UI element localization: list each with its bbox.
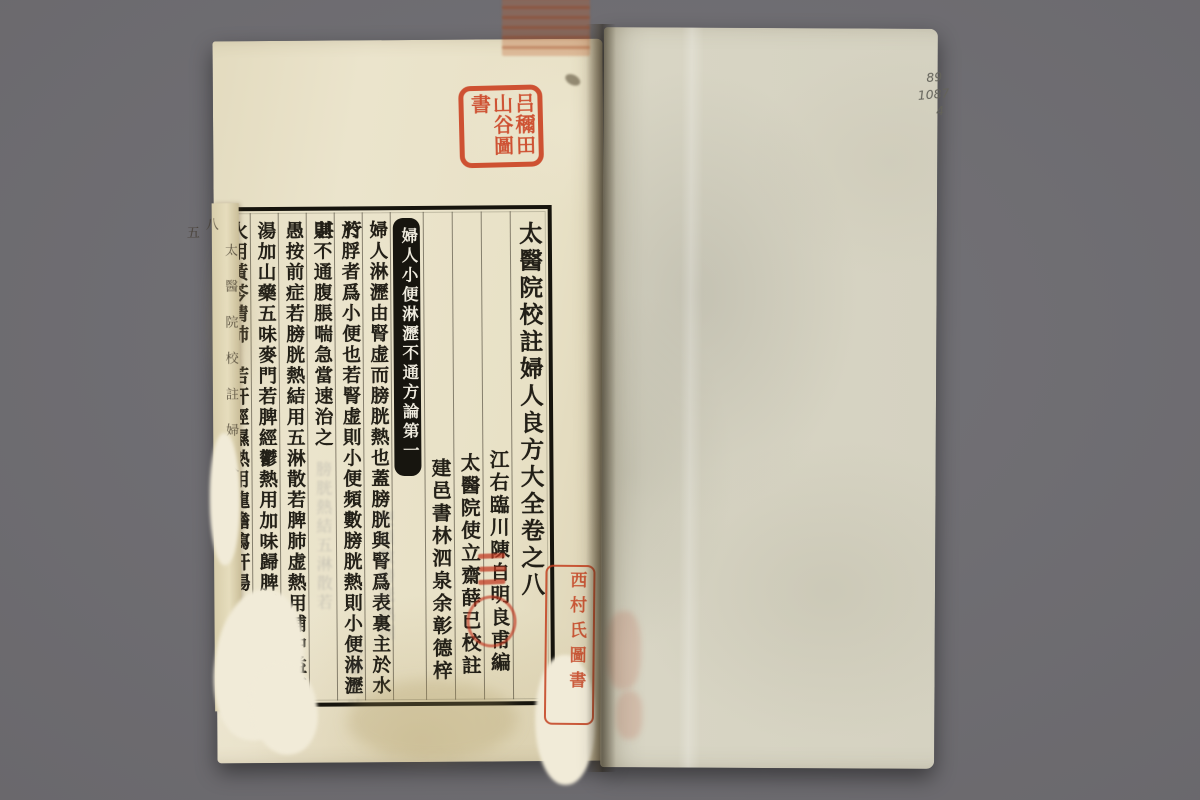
tall-collector-seal: 西村氏圖書 — [544, 565, 596, 726]
paper-fleck — [563, 72, 582, 88]
body-column-2: 於脬者爲小便也若腎虚則小便頻數膀胱熱則小便淋瀝甚 — [334, 212, 365, 700]
showthrough-ghost-text: 膀胱熱結五淋散若 — [311, 461, 336, 691]
faint-top-stamp — [502, 0, 590, 56]
showthrough-ghost-text: 便頻數膀胱熱則 — [374, 510, 398, 680]
edge-strip-page-number: 五 — [182, 203, 205, 711]
paper-damage-patch — [209, 433, 240, 565]
left-page: 吕穪田山谷圖書 太醫院校註婦人良方大全卷之八 江右臨川陳自明良甫編 太醫院使立齋… — [212, 39, 607, 764]
publisher-column: 建邑書林泗泉余彰德梓 — [423, 212, 455, 700]
water-stain — [347, 679, 518, 760]
red-correction-bar — [479, 566, 506, 572]
square-seal-glyphs: 吕穪田山谷圖書 — [466, 93, 536, 161]
red-circle-mark — [466, 595, 516, 647]
square-collector-seal: 吕穪田山谷圖書 — [458, 84, 544, 168]
seal-showthrough — [606, 611, 640, 689]
pencil-annotations: 89 1087 4 — [916, 64, 992, 121]
chapter-heading-cartouche: 婦人小便淋瀝不通方論第一 — [393, 218, 422, 476]
tall-seal-glyphs: 西村氏圖書 — [550, 571, 590, 719]
seal-showthrough — [616, 691, 642, 739]
book-photograph: 吕穪田山谷圖書 太醫院校註婦人良方大全卷之八 江右臨川陳自明良甫編 太醫院使立齋… — [0, 0, 1200, 800]
right-page: 89 1087 4 — [600, 27, 938, 769]
